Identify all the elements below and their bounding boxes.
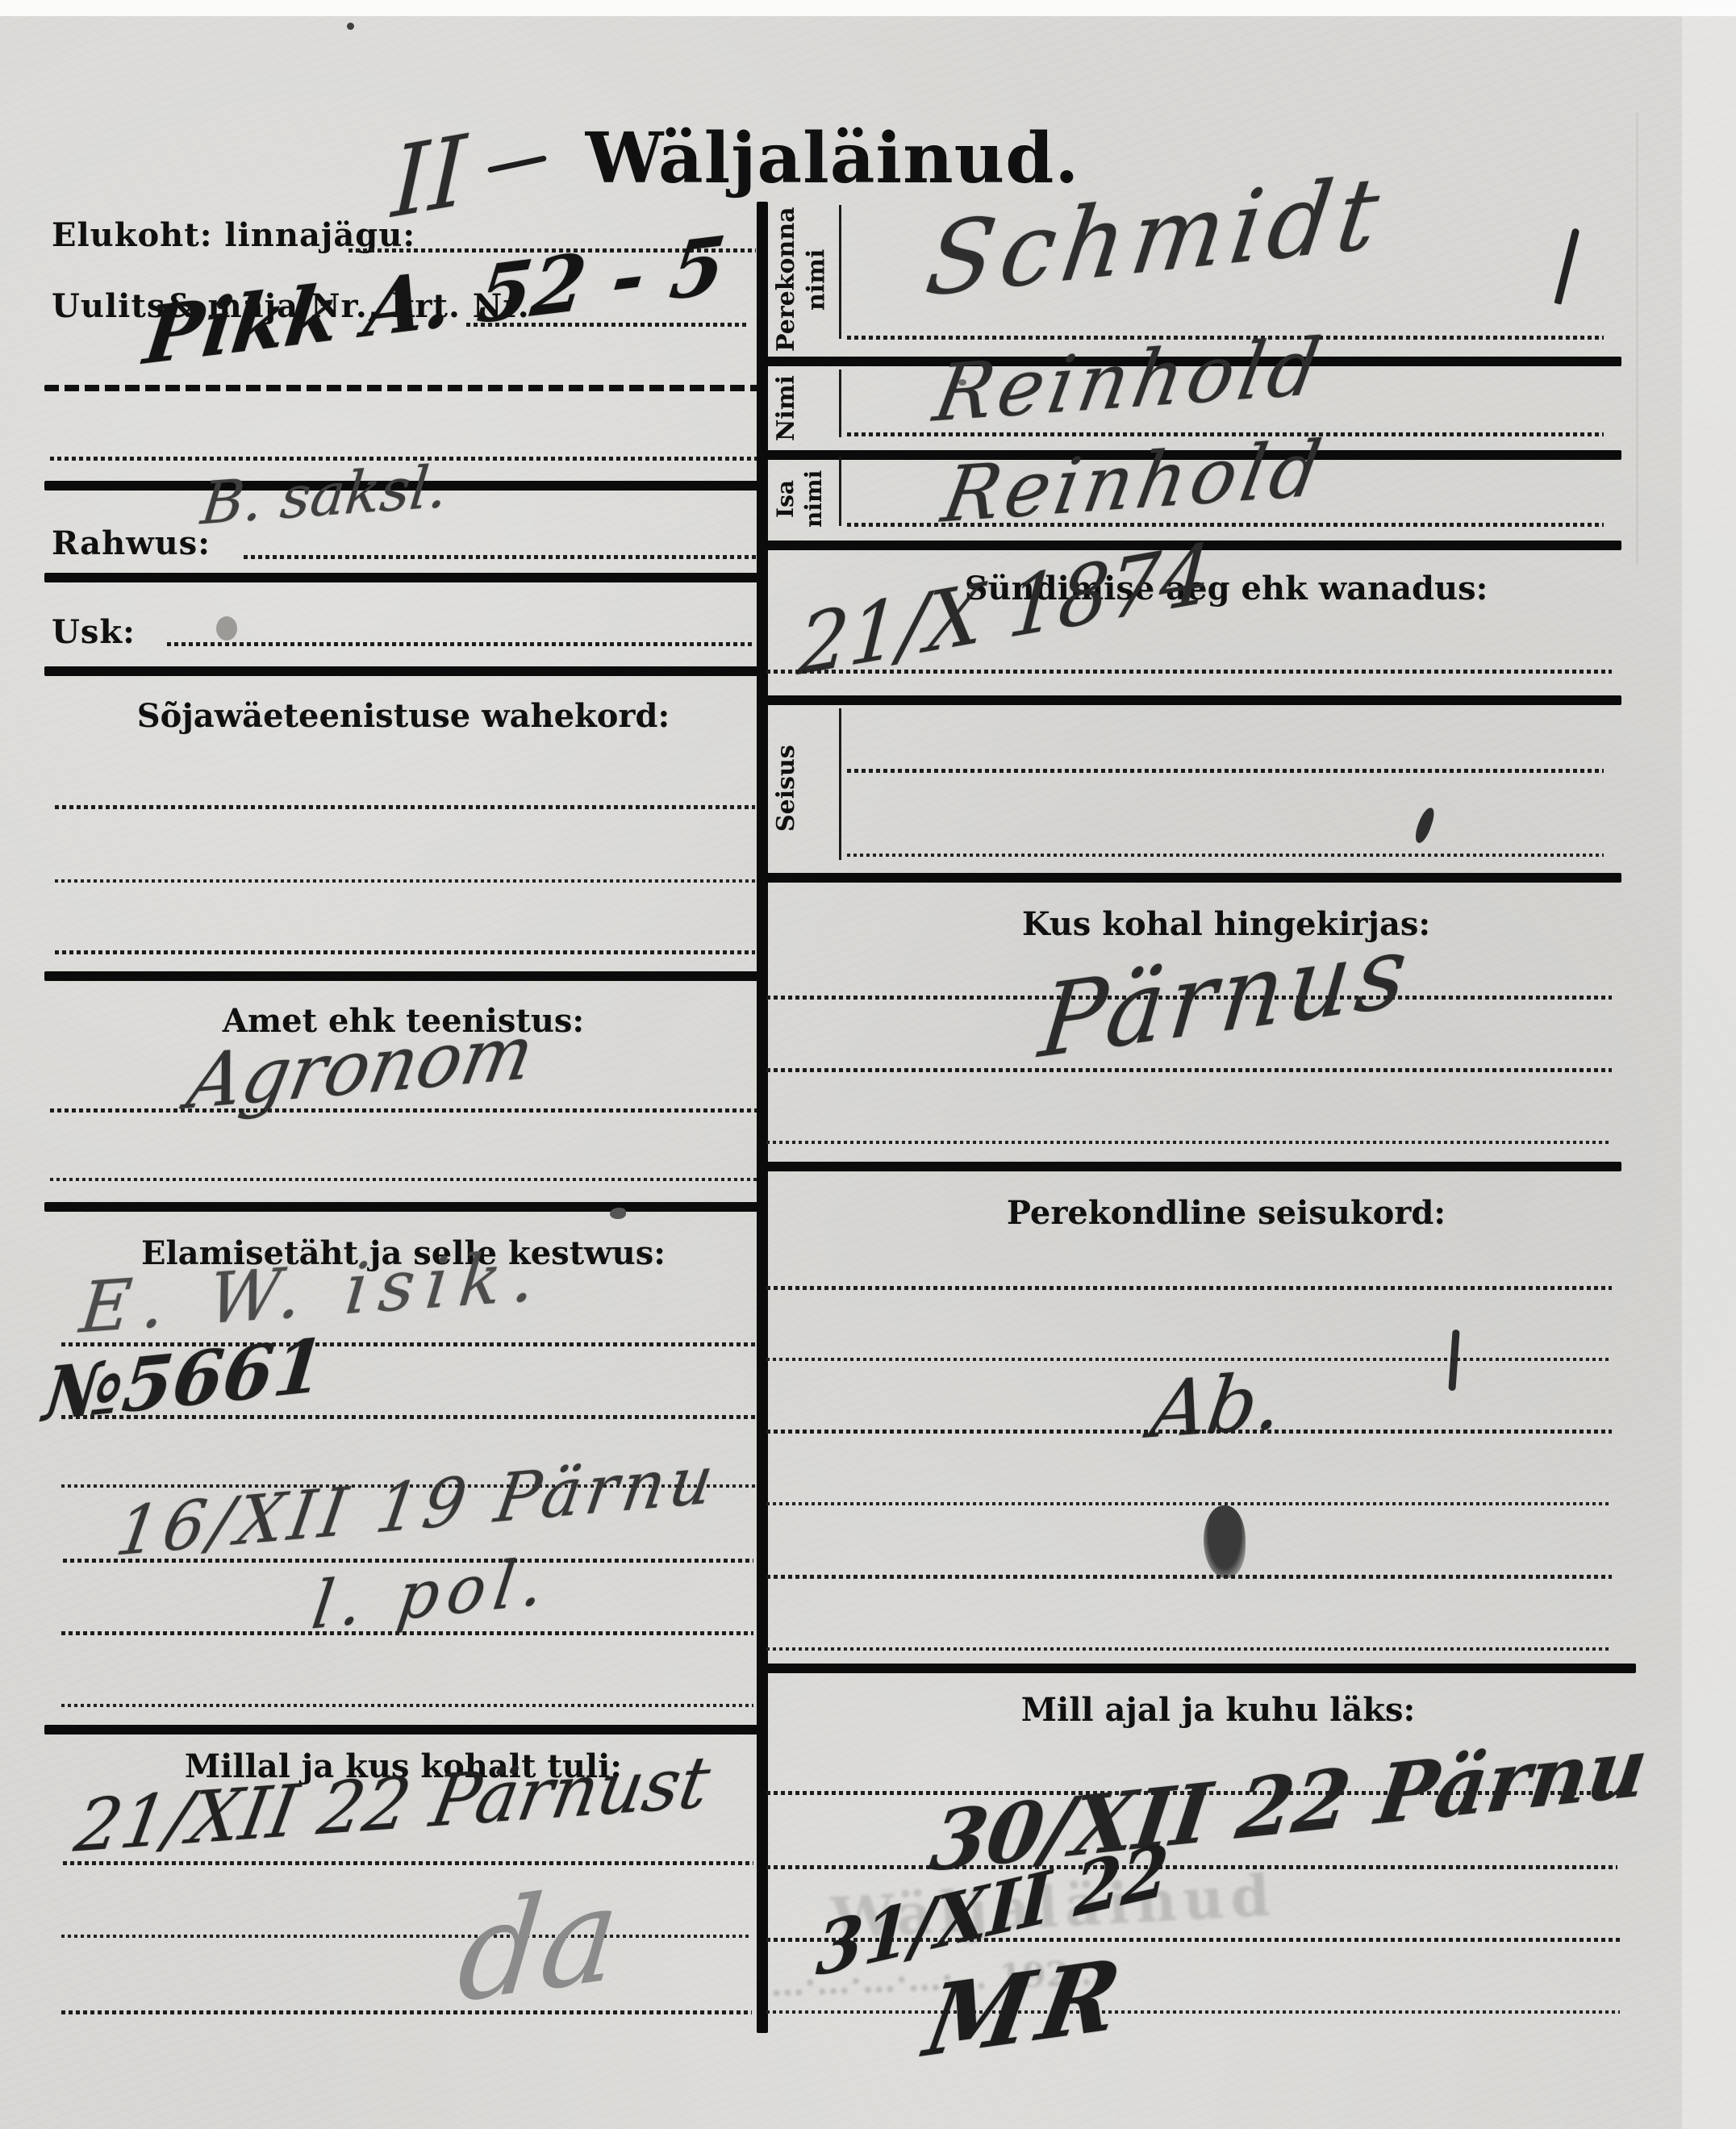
section-divider bbox=[757, 1664, 1636, 1673]
ruled-line bbox=[766, 1575, 1612, 1579]
ruled-line bbox=[766, 1141, 1612, 1144]
ruled-line bbox=[61, 1415, 755, 1419]
ruled-line bbox=[766, 1286, 1612, 1290]
scanner-edge-top bbox=[0, 0, 1736, 16]
ink-speck bbox=[958, 379, 966, 386]
section-divider bbox=[44, 1202, 762, 1212]
first-name-label: Nimi bbox=[771, 371, 802, 445]
ink-speck bbox=[347, 23, 354, 30]
military-service-label: Sõjawäeteenistuse wahekord: bbox=[44, 697, 762, 735]
ruled-line bbox=[61, 2010, 752, 2014]
label-strip-line bbox=[839, 205, 841, 339]
ruled-line bbox=[766, 2010, 1620, 2014]
ruled-line bbox=[55, 950, 755, 954]
column-divider bbox=[757, 202, 768, 2033]
section-divider bbox=[44, 573, 762, 582]
ruled-line-bold bbox=[44, 385, 761, 391]
ruled-line bbox=[847, 769, 1604, 773]
family-status-value-handwriting: Ab. bbox=[1146, 1355, 1288, 1456]
section-divider bbox=[44, 971, 762, 981]
ruled-line bbox=[55, 805, 755, 809]
page-title: Wäljaläinud. bbox=[502, 118, 1163, 199]
ink-speck bbox=[1413, 806, 1436, 845]
ruled-line bbox=[766, 1647, 1612, 1651]
ruled-line bbox=[847, 523, 1604, 527]
father-name-label: Isa nimi bbox=[771, 458, 828, 539]
section-divider bbox=[44, 666, 762, 676]
ruled-line bbox=[244, 555, 757, 559]
label-strip-line bbox=[839, 457, 841, 526]
ruled-line bbox=[61, 1704, 753, 1707]
ink-blot bbox=[1204, 1505, 1246, 1578]
ruled-line bbox=[63, 1861, 753, 1865]
ruled-line bbox=[61, 1935, 752, 1938]
ruled-line bbox=[50, 1108, 758, 1113]
ruled-line bbox=[766, 1358, 1612, 1361]
ruled-line bbox=[50, 1178, 758, 1181]
religion-label: Usk: bbox=[52, 613, 136, 651]
ink-speck bbox=[216, 616, 237, 641]
nationality-label: Rahwus: bbox=[52, 524, 211, 562]
section-divider bbox=[757, 695, 1621, 705]
section-divider bbox=[44, 1725, 762, 1735]
ruled-line bbox=[61, 1631, 753, 1635]
scanned-form-page: Wäljaläinud. Elukoht: linnajägu: II Uuli… bbox=[0, 0, 1736, 2129]
surname-label: Perekonna nimi bbox=[771, 208, 832, 352]
status-label: Seisus bbox=[771, 713, 802, 863]
ruled-line bbox=[766, 1068, 1612, 1072]
ruled-line bbox=[766, 1938, 1620, 1942]
label-strip-line bbox=[839, 369, 841, 437]
pen-stroke-top-right bbox=[1554, 228, 1580, 304]
ruled-line bbox=[167, 642, 753, 646]
permit-line3-handwriting: 16/XII 19 Pärnu bbox=[111, 1441, 723, 1572]
nationality-value-handwriting: B. saksl. bbox=[198, 452, 451, 537]
permit-line4-handwriting: l. pol. bbox=[307, 1542, 557, 1644]
section-divider bbox=[757, 1162, 1621, 1171]
paper-crease bbox=[1636, 113, 1638, 565]
departure-label: Mill ajal ja kuhu läks: bbox=[766, 1691, 1670, 1729]
ruled-line bbox=[847, 854, 1604, 857]
ink-speck bbox=[610, 1208, 626, 1219]
section-divider bbox=[757, 873, 1621, 883]
ruled-line bbox=[766, 670, 1612, 674]
ruled-line bbox=[766, 1430, 1612, 1434]
arrival-pencil-note-handwriting: da bbox=[452, 1856, 626, 2032]
ruled-line bbox=[55, 879, 755, 883]
paper-edge-highlight bbox=[1682, 0, 1736, 2129]
ruled-line bbox=[766, 1502, 1612, 1505]
label-strip-line bbox=[839, 708, 841, 860]
family-status-label: Perekondline seisukord: bbox=[766, 1194, 1686, 1232]
residence-value-handwriting: II bbox=[390, 113, 469, 240]
